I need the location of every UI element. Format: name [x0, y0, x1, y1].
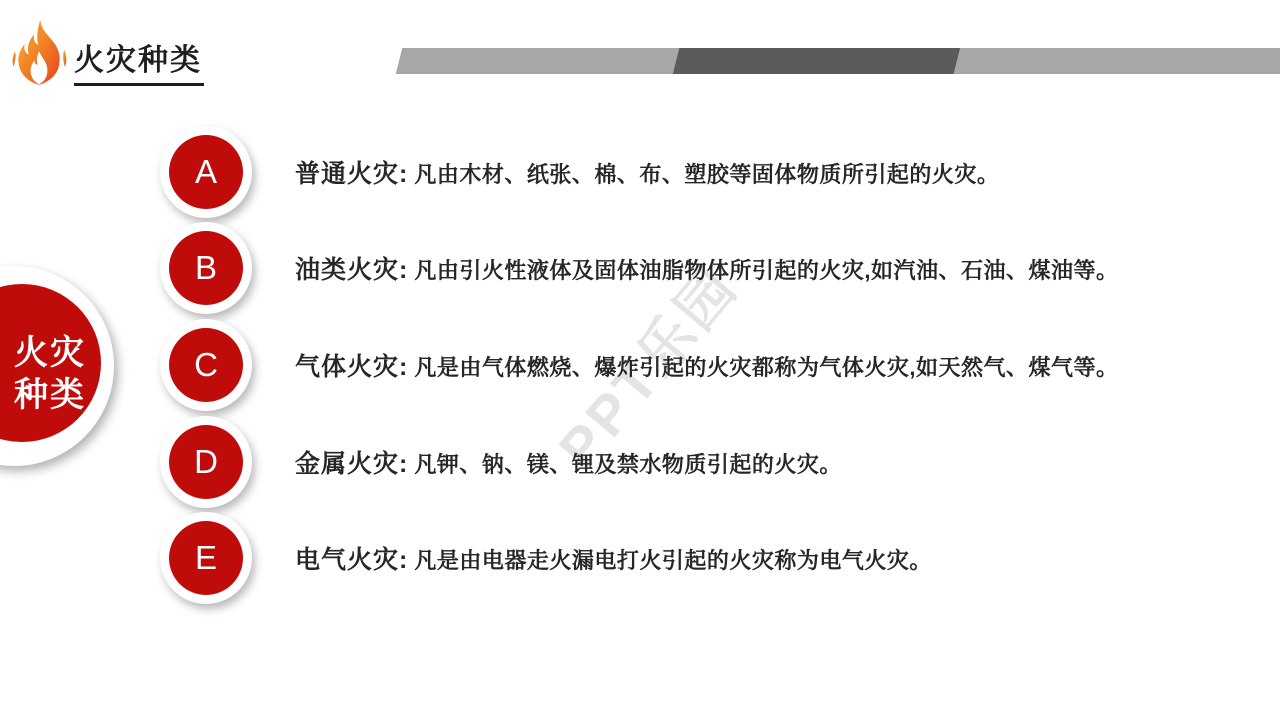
letter-bullet-e: E [160, 512, 252, 604]
fire-type-row-a: A 普通火灾:凡由木材、纸张、棉、布、塑胶等固体物质所引起的火灾。 [160, 126, 1240, 218]
bar-segment-light-right [954, 48, 1280, 74]
flame-icon [8, 20, 70, 86]
fire-type-text-c: 气体火灾:凡是由气体燃烧、爆炸引起的火灾都称为气体火灾,如天然气、煤气等。 [295, 347, 1118, 383]
letter-bullet-b: B [160, 222, 252, 314]
bar-segment-dark [673, 48, 960, 74]
decorative-bar [393, 48, 1280, 74]
fire-type-row-c: C 气体火灾:凡是由气体燃烧、爆炸引起的火灾都称为气体火灾,如天然气、煤气等。 [160, 319, 1240, 411]
fire-type-desc-b: 凡由引火性液体及固体油脂物体所引起的火灾,如汽油、石油、煤油等。 [414, 258, 1118, 283]
fire-type-desc-d: 凡钾、钠、镁、锂及禁水物质引起的火灾。 [414, 452, 842, 477]
fire-type-label-d: 金属火灾: [295, 450, 408, 478]
fire-type-row-e: E 电气火灾:凡是由电器走火漏电打火引起的火灾称为电气火灾。 [160, 512, 1240, 604]
letter-bullet-c: C [160, 319, 252, 411]
fire-type-row-b: B 油类火灾:凡由引火性液体及固体油脂物体所引起的火灾,如汽油、石油、煤油等。 [160, 222, 1240, 314]
side-badge-line1: 火灾 [6, 332, 94, 374]
fire-type-text-b: 油类火灾:凡由引火性液体及固体油脂物体所引起的火灾,如汽油、石油、煤油等。 [295, 250, 1118, 286]
letter-bullet-b-circle: B [169, 231, 243, 305]
bar-segment-light-left [396, 48, 679, 74]
letter-bullet-d-circle: D [169, 425, 243, 499]
slide-header: 火灾种类 [0, 0, 1280, 100]
fire-type-desc-e: 凡是由电器走火漏电打火引起的火灾称为电气火灾。 [414, 548, 932, 573]
fire-type-label-a: 普通火灾: [295, 160, 408, 188]
side-badge-label: 火灾 种类 [6, 332, 94, 416]
fire-type-desc-c: 凡是由气体燃烧、爆炸引起的火灾都称为气体火灾,如天然气、煤气等。 [414, 355, 1118, 380]
fire-type-label-b: 油类火灾: [295, 256, 408, 284]
fire-type-text-d: 金属火灾:凡钾、钠、镁、锂及禁水物质引起的火灾。 [295, 444, 842, 480]
fire-type-desc-a: 凡由木材、纸张、棉、布、塑胶等固体物质所引起的火灾。 [414, 162, 999, 187]
fire-type-label-c: 气体火灾: [295, 353, 408, 381]
fire-type-text-a: 普通火灾:凡由木材、纸张、棉、布、塑胶等固体物质所引起的火灾。 [295, 154, 999, 190]
letter-bullet-c-circle: C [169, 328, 243, 402]
letter-bullet-e-circle: E [169, 521, 243, 595]
fire-type-label-e: 电气火灾: [295, 546, 408, 574]
fire-type-text-e: 电气火灾:凡是由电器走火漏电打火引起的火灾称为电气火灾。 [295, 540, 932, 576]
page-title: 火灾种类 [74, 44, 204, 86]
side-badge-line2: 种类 [6, 374, 94, 416]
letter-bullet-a-circle: A [169, 135, 243, 209]
letter-bullet-a: A [160, 126, 252, 218]
letter-bullet-d: D [160, 416, 252, 508]
fire-type-row-d: D 金属火灾:凡钾、钠、镁、锂及禁水物质引起的火灾。 [160, 416, 1240, 508]
